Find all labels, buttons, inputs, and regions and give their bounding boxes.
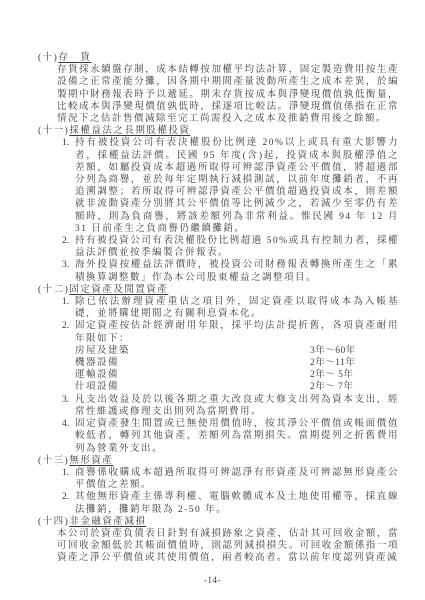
list-item-number: 1.	[62, 467, 75, 491]
useful-life-range: 2年～ 7年	[310, 381, 353, 393]
list-item: 2. 其他無形資產主係專利權、電腦軟體成本及土地使用權等，採直線法攤銷，攤銷年限…	[62, 491, 399, 515]
section-title: 無形資產	[69, 456, 113, 466]
useful-life-range: 2年～ 5年	[310, 369, 353, 381]
section-label: (十二)	[38, 285, 69, 295]
document-page: (十)存 貨 存貨採永續盤存制，成本結轉按加權平均法計算，固定製造費用按生產設備…	[0, 0, 425, 600]
useful-life-table-row: 機器設備 2年～11年	[75, 357, 399, 369]
list-item: 4. 固定資產發生閒置或已無使用價值時，按其淨公平價值或帳面價值較低者，轉列其他…	[62, 418, 399, 455]
paragraph: 本公司於資產負債表日針對有減損跡象之資產，估計其可回收金額，當可回收金額低於其帳…	[57, 528, 399, 565]
list-item: 2. 固定資產按估計經濟耐用年限，採平均法計提折舊，各項資產耐用年限如下：	[62, 320, 399, 344]
section-nonfinancial-asset-impairment: (十四)非金融資產減損 本公司於資產負債表日針對有減損跡象之資產，估計其可回收金…	[38, 516, 399, 565]
section-heading: (十三)無形資產	[38, 455, 399, 467]
list-item-text: 固定資產按估計經濟耐用年限，採平均法計提折舊，各項資產耐用年限如下：	[75, 320, 399, 344]
list-item-number: 1.	[62, 137, 75, 235]
list-item-number: 2.	[62, 491, 75, 515]
list-item-number: 3.	[62, 394, 75, 418]
section-fixed-and-idle-assets: (十二)固定資產及閒置資產 1. 除已依法辦理資產重估之項目外，固定資產以取得成…	[38, 284, 399, 455]
section-heading: (十)存 貨	[38, 52, 399, 64]
asset-category: 房屋及建築	[75, 345, 310, 357]
list-item-number: 3.	[62, 259, 75, 283]
asset-category: 運輸設備	[75, 369, 310, 381]
section-label: (十四)	[38, 517, 69, 527]
section-inventory: (十)存 貨 存貨採永續盤存制，成本結轉按加權平均法計算，固定製造費用按生產設備…	[38, 52, 399, 125]
section-label: (十一)	[38, 126, 69, 136]
useful-life-range: 3年～60年	[310, 345, 356, 357]
list-item-text: 固定資產發生閒置或已無使用價值時，按其淨公平價值或帳面價值較低者，轉列其他資產，…	[75, 418, 399, 455]
section-label: (十)	[38, 53, 58, 63]
list-item-number: 2.	[62, 235, 75, 259]
list-item-number: 1.	[62, 296, 75, 320]
list-item-number: 2.	[62, 320, 75, 344]
asset-category: 機器設備	[75, 357, 310, 369]
list-item-text: 除已依法辦理資產重估之項目外，固定資產以取得成本為入帳基礎，並將購建期間之有關利…	[75, 296, 399, 320]
section-title: 採權益法之長期股權投資	[69, 126, 190, 136]
list-item: 1. 商譽係收購成本超過所取得可辨認淨有形資產及可辨認無形資產公平價值之差額。	[62, 467, 399, 491]
section-label: (十三)	[38, 456, 69, 466]
section-heading: (十二)固定資產及閒置資產	[38, 284, 399, 296]
list-item-text: 持有被投資公司有表決權股份比例達 20%以上或具有重大影響力者，採權益法評價。民…	[75, 137, 399, 235]
list-item: 3. 海外投資按權益法評價時，被投資公司財務報表轉換所產生之「累積換算調整數」作…	[62, 259, 399, 283]
paragraph: 存貨採永續盤存制，成本結轉按加權平均法計算，固定製造費用按生產設備之正常產能分攤…	[57, 64, 399, 125]
page-number: -14-	[0, 574, 425, 586]
list-item: 3. 凡支出效益及於以後各期之重大改良或大修支出列為資本支出，經常性維護或修理支…	[62, 394, 399, 418]
list-item-text: 海外投資按權益法評價時，被投資公司財務報表轉換所產生之「累積換算調整數」作為本公…	[75, 259, 399, 283]
useful-life-range: 2年～11年	[310, 357, 355, 369]
list-item-text: 持有被投資公司有表決權股份比例超過 50%或具有控制力者，採權益法評價並按季編製…	[75, 235, 399, 259]
list-item-text: 凡支出效益及於以後各期之重大改良或大修支出列為資本支出，經常性維護或修理支出則列…	[75, 394, 399, 418]
useful-life-table-row: 房屋及建築 3年～60年	[75, 345, 399, 357]
list-item: 2. 持有被投資公司有表決權股份比例超過 50%或具有控制力者，採權益法評價並按…	[62, 235, 399, 259]
section-title: 非金融資產減損	[69, 517, 146, 527]
section-equity-method-investments: (十一)採權益法之長期股權投資 1. 持有被投資公司有表決權股份比例達 20%以…	[38, 125, 399, 284]
section-title: 存 貨	[58, 53, 91, 63]
section-intangible-assets: (十三)無形資產 1. 商譽係收購成本超過所取得可辨認淨有形資產及可辨認無形資產…	[38, 455, 399, 516]
section-title: 固定資產及閒置資產	[69, 285, 168, 295]
list-item-text: 其他無形資產主係專利權、電腦軟體成本及土地使用權等，採直線法攤銷，攤銷年限為 2…	[75, 491, 399, 515]
list-item: 1. 除已依法辦理資產重估之項目外，固定資產以取得成本為入帳基礎，並將購建期間之…	[62, 296, 399, 320]
list-item-text: 商譽係收購成本超過所取得可辨認淨有形資產及可辨認無形資產公平價值之差額。	[75, 467, 399, 491]
list-item-number: 4.	[62, 418, 75, 455]
useful-life-table-row: 運輸設備 2年～ 5年	[75, 369, 399, 381]
section-heading: (十四)非金融資產減損	[38, 516, 399, 528]
asset-category: 什項設備	[75, 381, 310, 393]
useful-life-table-row: 什項設備 2年～ 7年	[75, 381, 399, 393]
list-item: 1. 持有被投資公司有表決權股份比例達 20%以上或具有重大影響力者，採權益法評…	[62, 137, 399, 235]
section-heading: (十一)採權益法之長期股權投資	[38, 125, 399, 137]
